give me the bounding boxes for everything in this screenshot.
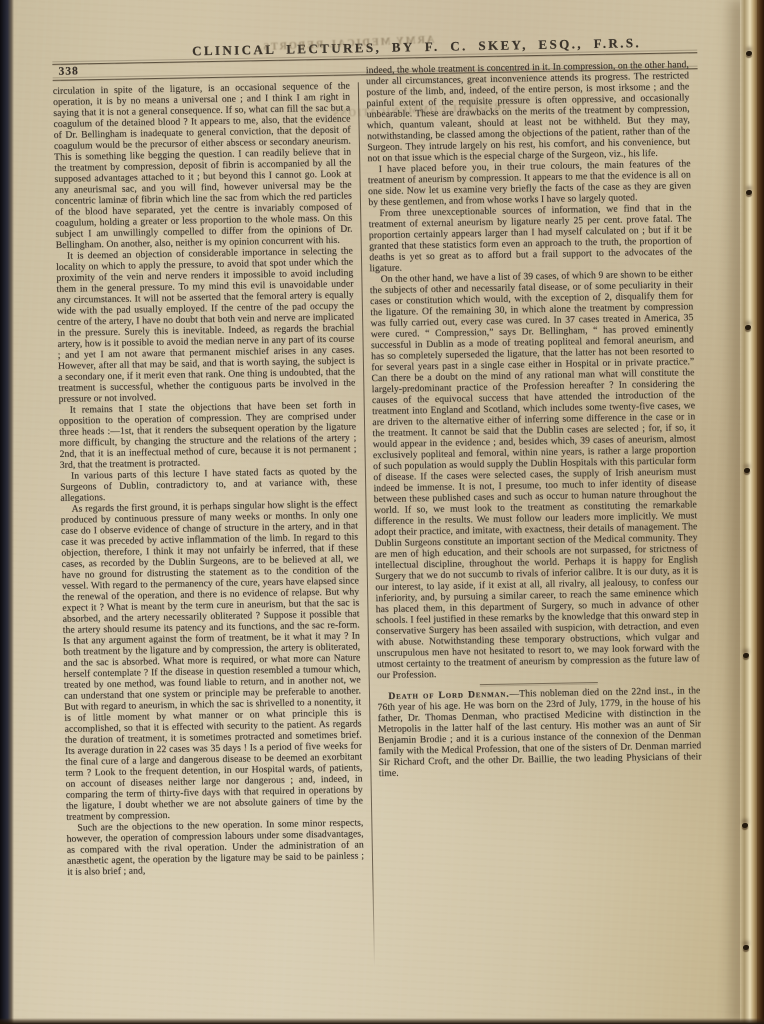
paragraph: Such are the objections to the new opera… <box>66 817 364 877</box>
printed-content: ARMY MEDICAL REPORTS. CLINICAL LECTURES,… <box>52 34 714 972</box>
section-separator-rule <box>480 682 598 685</box>
paragraph: On the other hand, we have a list of 39 … <box>370 268 700 681</box>
scanned-journal-page: ARMY MEDICAL REPORTS. CLINICAL LECTURES,… <box>0 0 764 1024</box>
book-gutter-edge <box>0 0 14 1024</box>
binding-fold <box>740 0 758 1024</box>
two-column-text: circulation in spite of the ligature, is… <box>53 74 714 972</box>
paragraph: As regards the first ground, it is perha… <box>60 498 363 822</box>
right-column: indeed, the whole treatment is concentre… <box>366 59 702 779</box>
death-notice-paragraph: Death of Lord Denman.—This nobleman died… <box>377 685 702 779</box>
page-number: 338 <box>58 65 78 77</box>
left-column: circulation in spite of the ligature, is… <box>53 80 364 877</box>
paragraph: circulation in spite of the ligature, is… <box>53 80 353 250</box>
page-right-edge <box>757 0 764 1024</box>
page-bottom-shadow <box>0 1018 764 1024</box>
paragraph: It is deemed an objection of considerabl… <box>56 245 356 404</box>
paragraph: In various parts of this lecture I have … <box>60 465 358 503</box>
paragraph: I have placed before you, in their true … <box>368 158 692 208</box>
paragraph: From three unexceptionable sources of in… <box>368 202 692 274</box>
paragraph: It remains that I state the objections t… <box>59 399 357 470</box>
paragraph: indeed, the whole treatment is concentre… <box>366 59 691 164</box>
